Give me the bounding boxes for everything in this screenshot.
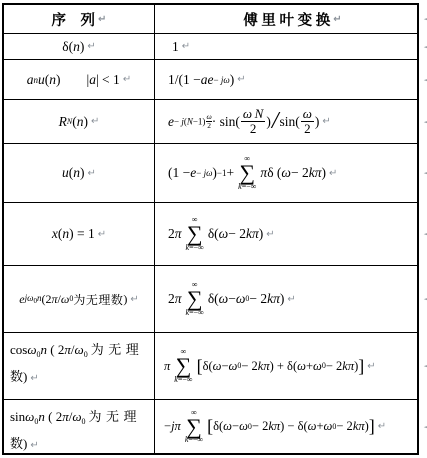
header-sequence-label: 序 列 [52, 9, 96, 30]
transform-cell: − jπ∞∑k=−∞[δ(ω − ω0 − 2kπ) − δ(ω + ω0 − … [155, 400, 417, 453]
table-row: sinω0n ( 2π/ω0为无理数)↵ − jπ∞∑k=−∞[δ(ω − ω0… [4, 399, 417, 453]
header-transform: 傅 里 叶 变 换↵ [155, 5, 417, 33]
sequence-cell: sinω0n ( 2π/ω0为无理数)↵ [4, 400, 155, 453]
row-end-marker: ◄ [424, 43, 427, 51]
transform-cell: (1 − e− jω)−1 + ∞∑k=−∞πδ (ω − 2kπ)↵ [155, 144, 417, 202]
transform-cell: e− j(N−1)ω2 · sin(ω N2)/sin(ω2)↵ [155, 100, 417, 143]
row-end-marker: ◄ [424, 76, 427, 84]
table-row: x(n) = 1↵ 2π∞∑k=−∞δ(ω − 2kπ)↵ ◄ [4, 202, 417, 265]
transform-cell: 1/(1 − ae− jω)↵ [155, 60, 417, 99]
transform-cell: 1↵ [155, 34, 417, 59]
sequence-cell: u(n)↵ [4, 144, 155, 202]
header-transform-label: 傅 里 叶 变 换 [243, 9, 330, 30]
transform-cell: 2π∞∑k=−∞δ(ω − ω0 − 2kπ)↵ [155, 266, 417, 332]
table-row: anu(n)|a| < 1↵ 1/(1 − ae− jω)↵ ◄ [4, 59, 417, 99]
table-row: RN (n)↵ e− j(N−1)ω2 · sin(ω N2)/sin(ω2)↵… [4, 99, 417, 143]
fourier-transform-table: 序 列↵ 傅 里 叶 变 换↵ ◄ δ(n)↵ 1↵ ◄ anu(n)|a| <… [2, 3, 419, 455]
sequence-cell: δ(n)↵ [4, 34, 155, 59]
sequence-cell: anu(n)|a| < 1↵ [4, 60, 155, 99]
sequence-cell: ejω0n (2π/ω0为无理数)↵ [4, 266, 155, 332]
pilcrow-mark: ↵ [98, 14, 106, 25]
transform-cell: π∞∑k=−∞[δ(ω − ω0 − 2kπ) + δ(ω + ω0 − 2kπ… [155, 333, 417, 399]
header-sequence: 序 列↵ [4, 5, 155, 33]
table-row: u(n)↵ (1 − e− jω)−1 + ∞∑k=−∞πδ (ω − 2kπ)… [4, 143, 417, 202]
sequence-cell: cosω0n ( 2π/ω0为无理数)↵ [4, 333, 155, 399]
table-row: δ(n)↵ 1↵ ◄ [4, 33, 417, 59]
transform-cell: 2π∞∑k=−∞δ(ω − 2kπ)↵ [155, 203, 417, 265]
row-end-marker: ◄ [424, 15, 427, 23]
table-header-row: 序 列↵ 傅 里 叶 变 换↵ ◄ [4, 5, 417, 33]
row-end-marker: ◄ [424, 169, 427, 177]
row-end-marker: ◄ [424, 295, 427, 303]
row-end-marker: ◄ [424, 362, 427, 370]
sequence-cell: RN (n)↵ [4, 100, 155, 143]
table-row: ejω0n (2π/ω0为无理数)↵ 2π∞∑k=−∞δ(ω − ω0 − 2k… [4, 265, 417, 332]
table-row: cosω0n ( 2π/ω0为无理数)↵ π∞∑k=−∞[δ(ω − ω0 − … [4, 332, 417, 399]
pilcrow-mark: ↵ [333, 14, 341, 25]
sequence-cell: x(n) = 1↵ [4, 203, 155, 265]
row-end-marker: ◄ [424, 118, 427, 126]
row-end-marker: ◄ [424, 230, 427, 238]
row-end-marker: ◄ [424, 423, 427, 431]
